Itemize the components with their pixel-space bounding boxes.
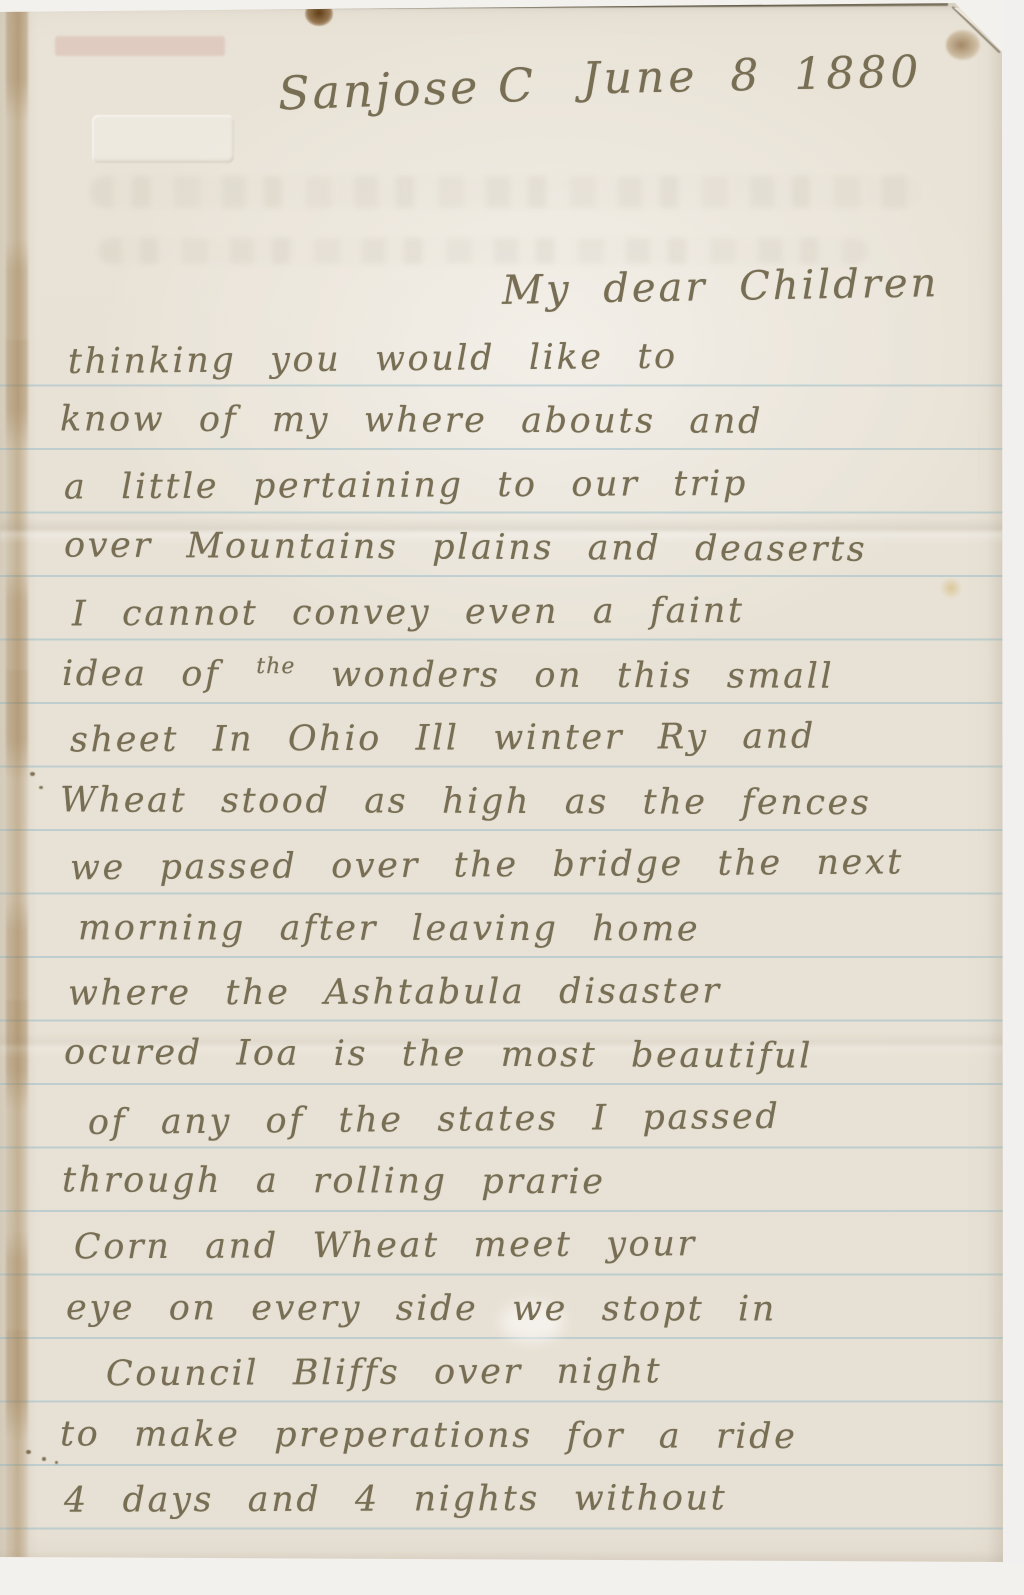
letter-line: idea of the wonders on this small (60, 653, 1004, 720)
ink-bleed-through (90, 176, 920, 208)
scan-background-right (1003, 0, 1024, 1595)
corner-stain (946, 30, 980, 60)
letter-line: Wheat stood as high as the fences (60, 780, 1004, 847)
letter-salutation: My dear Children (502, 260, 940, 314)
letter-line: 4 days and 4 nights without (60, 1477, 1004, 1544)
letter-line: I cannot convey even a faint (60, 589, 1004, 657)
interlined-word: the (256, 654, 295, 679)
letter-line: we passed over the bridge the next (60, 842, 1004, 912)
letter-date: June 8 1880 (582, 46, 923, 104)
paper-top-edge (0, 3, 948, 10)
scan-background-bottom (0, 1564, 1024, 1595)
letter-line: sheet In Ohio Ill winter Ry and (60, 716, 1004, 784)
letter-line: where the Ashtabula disaster (60, 970, 1004, 1037)
letter-place: Sanjose C (277, 58, 537, 121)
left-fold-crease (6, 10, 28, 1558)
scanned-letter: Sanjose C June 8 1880 My dear Children t… (0, 0, 1024, 1595)
paper-speck (39, 786, 43, 789)
paper-speck (42, 1457, 46, 1461)
letter-line: thinking you would like to (60, 334, 1005, 406)
faded-label-mark (55, 36, 225, 56)
ink-bleed-through (98, 238, 868, 264)
letter-line: know of my where abouts and (60, 400, 1004, 467)
letter-line: to make preperations for a ride (60, 1414, 1004, 1481)
paper-speck (26, 1450, 31, 1454)
letter-line: Council Bliffs over night (60, 1350, 1004, 1418)
letter-line: over Mountains plains and deaserts (60, 526, 1004, 594)
letter-line: of any of the states I passed (60, 1095, 1005, 1167)
letter-line: through a rolling prarie (60, 1160, 1004, 1227)
letter-line: eye on every side we stopt in (60, 1288, 1004, 1353)
paper-speck (55, 1461, 58, 1464)
letter-line: Corn and Wheat meet your (60, 1223, 1004, 1291)
paper-speck (30, 772, 35, 776)
letter-body: thinking you would like toknow of my whe… (60, 338, 1004, 1542)
letter-line: morning after leaving home (60, 908, 1004, 973)
letter-line: ocured Ioa is the most beautiful (60, 1033, 1004, 1101)
embossed-stamp (92, 115, 234, 163)
letter-line: a little pertaining to our trip (60, 462, 1004, 530)
ink-stain (305, 2, 333, 26)
letter-page: Sanjose C June 8 1880 My dear Children t… (0, 0, 1003, 1564)
